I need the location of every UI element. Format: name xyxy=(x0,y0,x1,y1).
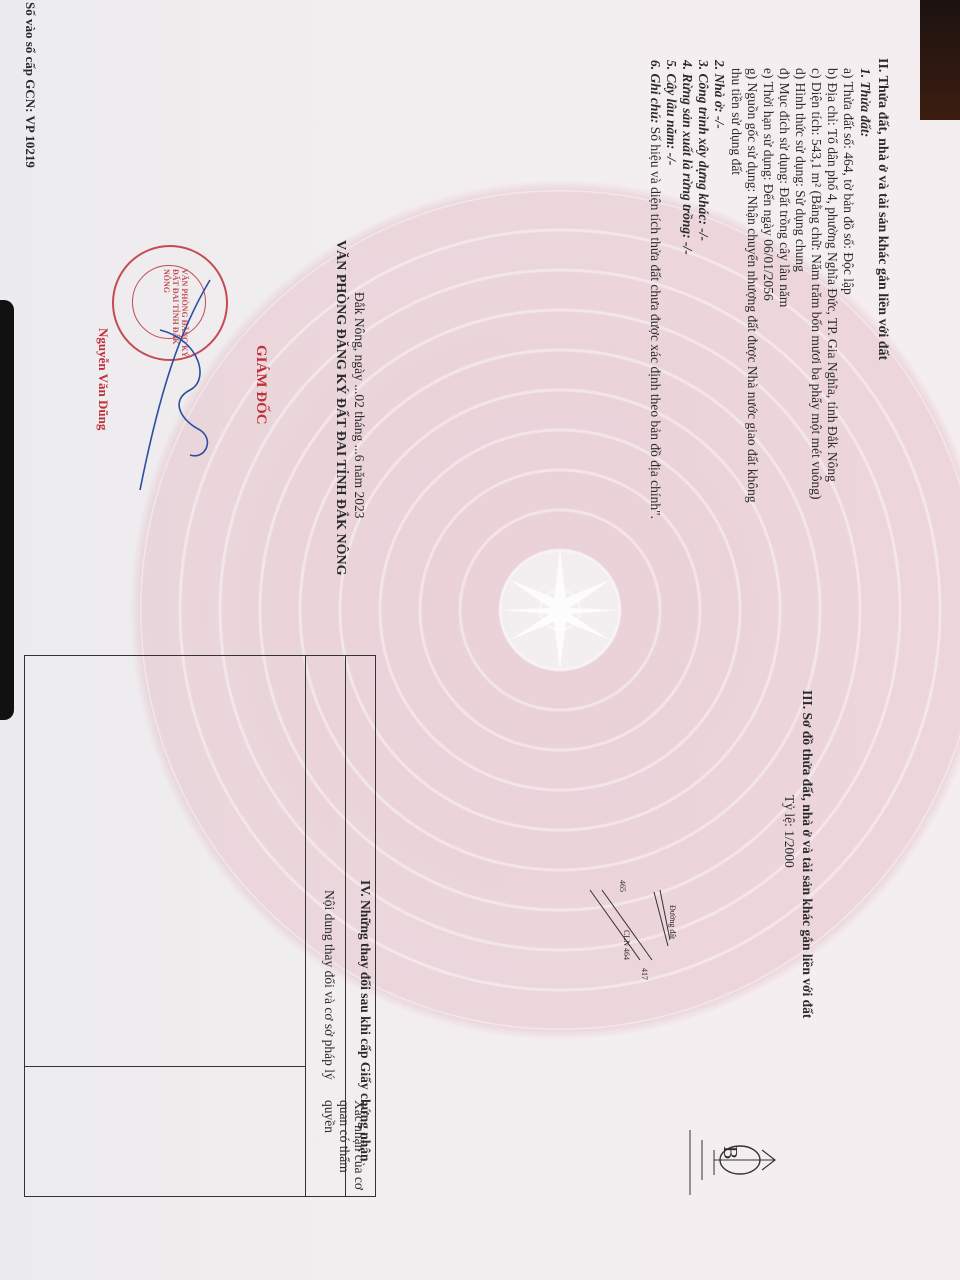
usage-form: d) Hình thức sử dụng: Sử dụng chung xyxy=(793,68,808,272)
item-planted-forest: 4. Rừng sản xuất là rừng trồng: -/- xyxy=(680,60,695,255)
issuing-office: VĂN PHÒNG ĐĂNG KÝ ĐẤT ĐAI TỈNH ĐẮK NÔNG xyxy=(332,240,348,576)
issue-date: Đắk Nông, ngày ...02 tháng ...6 năm 2023 xyxy=(352,292,367,518)
section-iv-col-changes: Nội dung thay đổi và cơ sở pháp lý xyxy=(322,890,337,1080)
section-iii-title: III. Sơ đồ thửa đất, nhà ở và tài sản kh… xyxy=(800,690,815,1018)
signature-scribble xyxy=(120,270,230,500)
map-scale: Tỷ lệ: 1/2000 xyxy=(782,795,797,868)
item-other-construction: 3. Công trình xây dựng khác: -/- xyxy=(696,60,711,241)
item-house: 2. Nhà ở: -/- xyxy=(712,60,727,129)
drum-star-emblem xyxy=(500,550,620,670)
usage-term: e) Thời hạn sử dụng: Đến ngày 06/01/2056 xyxy=(761,68,776,301)
section-iv-col-confirmation: Xác nhận của cơ quan có thẩm quyền xyxy=(322,1100,367,1200)
parcel-address: b) Địa chỉ: Tổ dân phố 4, phường Nghĩa Đ… xyxy=(825,68,840,482)
neighbor-parcel-465: 465 xyxy=(618,880,627,892)
section-ii-title: II. Thửa đất, nhà ở và tài sản khác gắn … xyxy=(875,58,890,360)
director-name: Nguyễn Văn Dũng xyxy=(95,328,111,430)
table-background xyxy=(920,0,960,120)
item-note: 6. Ghi chú: Số hiệu và diện tích thửa đấ… xyxy=(648,60,663,519)
neighbor-parcel-417: 417 xyxy=(640,968,649,980)
north-symbol: B xyxy=(718,1146,741,1159)
north-arrow-icon xyxy=(650,1120,780,1200)
section-ii-sub1: 1. Thửa đất: xyxy=(858,68,873,137)
parcel-number: a) Thửa đất số: 464, tờ bản đồ số: Độc l… xyxy=(841,68,856,295)
usage-origin-cont: thu tiền sử dụng đất xyxy=(729,68,744,175)
usage-purpose: đ) Mục đích sử dụng: Đất trồng cây lâu n… xyxy=(777,68,792,307)
usage-origin: g) Nguồn gốc sử dụng: Nhận chuyển nhượng… xyxy=(745,68,760,503)
shadow-edge xyxy=(0,300,14,720)
director-title: GIÁM ĐỐC xyxy=(252,345,269,425)
item-perennial-trees: 5. Cây lâu năm: -/- xyxy=(664,60,679,165)
note-label: 6. Ghi chú: xyxy=(648,60,663,123)
parcel-area: c) Diện tích: 543,1 m² (Bằng chữ: Năm tr… xyxy=(809,68,824,500)
parcel-code-label: CLN 464 xyxy=(622,930,631,960)
road-label: Đường đất xyxy=(668,905,677,939)
note-text: Số hiệu và diện tích thửa đất chưa được … xyxy=(648,123,663,519)
gcn-registry-number: Số vào sổ cấp GCN: VP 10219 xyxy=(22,2,38,168)
